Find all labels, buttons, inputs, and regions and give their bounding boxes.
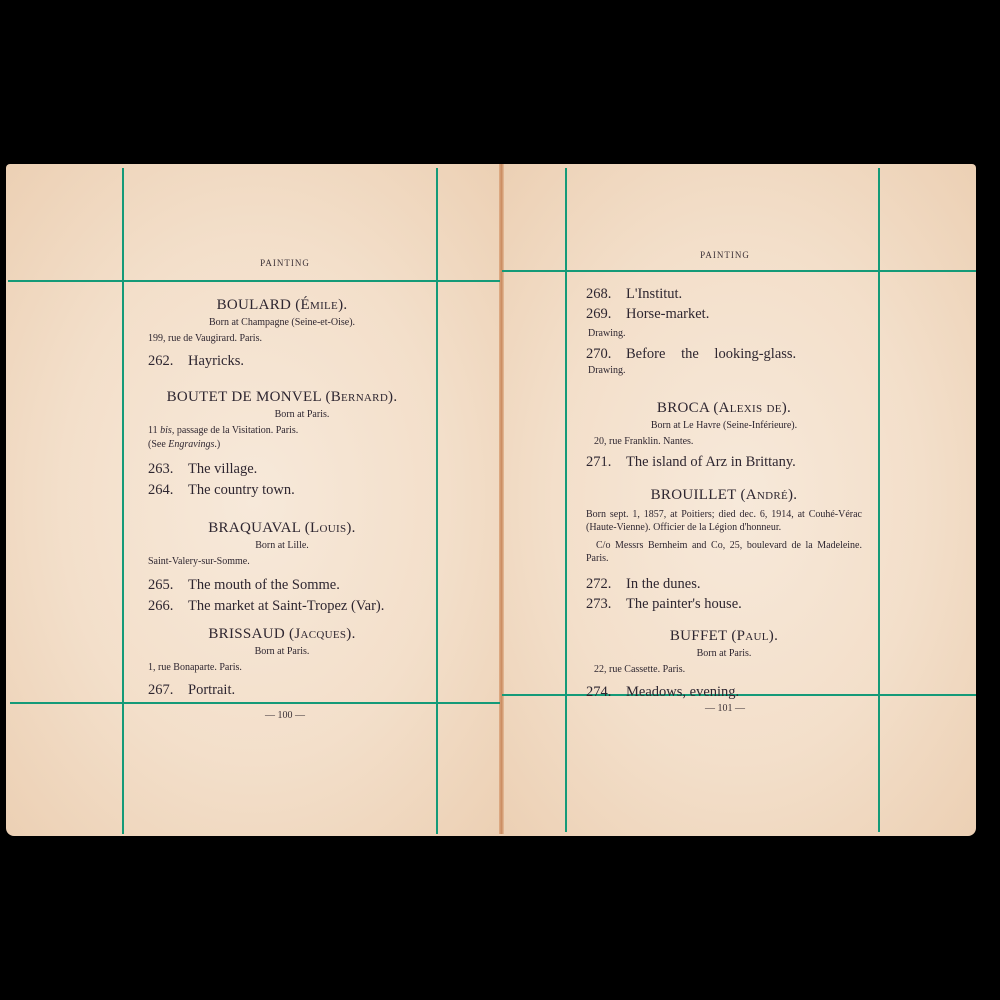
catalogue-item: 272.In the dunes. (586, 576, 862, 593)
catalogue-item: 267.Portrait. (148, 682, 416, 699)
medium-note: Drawing. (586, 365, 862, 377)
birth-info: Born at Paris. (586, 648, 862, 660)
guide-line-right-top (502, 270, 976, 272)
artist-heading: BRISSAUD (Jacques). (148, 625, 416, 643)
catalogue-item: 273.The painter's house. (586, 596, 862, 613)
birth-info: Born at Le Havre (Seine-Inférieure). (586, 420, 862, 432)
birth-info: Born at Lille. (148, 540, 416, 552)
artist-heading: BUFFET (Paul). (586, 627, 862, 645)
catalogue-item: 271.The island of Arz in Brittany. (586, 454, 862, 471)
artist-heading: BOULARD (Émile). (148, 296, 416, 314)
catalogue-item: 268.L'Institut. (586, 286, 862, 303)
artist-entry: BROCA (Alexis de). Born at Le Havre (Sei… (586, 399, 862, 471)
guide-line-right-outer (878, 168, 880, 832)
address: 22, rue Cassette. Paris. (586, 664, 862, 676)
medium-note: Drawing. (586, 328, 862, 340)
artist-heading: BROUILLET (André). (586, 486, 862, 504)
address: 1, rue Bonaparte. Paris. (148, 662, 416, 674)
catalogue-item: 264.The country town. (148, 482, 416, 499)
catalogue-item: 262.Hayricks. (148, 353, 416, 370)
page-number-left: — 100 — (130, 710, 440, 721)
address: C/o Messrs Bernheim and Co, 25, boulevar… (586, 539, 862, 566)
guide-line-left-outer (122, 168, 124, 834)
running-head-right: PAINTING (570, 250, 880, 260)
right-page-column: 268.L'Institut. 269.Horse-market. Drawin… (586, 283, 862, 702)
catalogue-item: 270.Before the looking-glass. (586, 346, 862, 363)
catalogue-item: 269.Horse-market. (586, 306, 862, 323)
left-page-column: BOULARD (Émile). Born at Champagne (Sein… (148, 286, 416, 699)
artist-entry: BROUILLET (André). Born sept. 1, 1857, a… (586, 486, 862, 614)
guide-line-right-inner (565, 168, 567, 832)
birth-info: Born at Paris. (148, 409, 416, 421)
catalogue-item: 263.The village. (148, 461, 416, 478)
birth-info: Born at Champagne (Seine-et-Oise). (148, 317, 416, 329)
artist-entry: BRAQUAVAL (Louis). Born at Lille. Saint-… (148, 519, 416, 615)
artist-entry: BUFFET (Paul). Born at Paris. 22, rue Ca… (586, 627, 862, 701)
catalogue-item: 266.The market at Saint-Tropez (Var). (148, 598, 416, 615)
artist-heading: BROCA (Alexis de). (586, 399, 862, 417)
guide-line-left-top (8, 280, 500, 282)
biography: Born sept. 1, 1857, at Poitiers; died de… (586, 508, 862, 535)
cross-reference: (See Engravings.) (148, 439, 416, 451)
book-gutter (499, 164, 504, 834)
guide-line-left-bottom (10, 702, 500, 704)
page-number-right: — 101 — (570, 703, 880, 714)
artist-heading: BRAQUAVAL (Louis). (148, 519, 416, 537)
address: 20, rue Franklin. Nantes. (586, 436, 862, 448)
address: 199, rue de Vaugirard. Paris. (148, 333, 416, 345)
catalogue-item: 265.The mouth of the Somme. (148, 577, 416, 594)
catalogue-item: 274.Meadows, evening. (586, 684, 862, 701)
artist-entry: BOULARD (Émile). Born at Champagne (Sein… (148, 296, 416, 370)
artist-heading: BOUTET DE MONVEL (Bernard). (148, 388, 416, 406)
artist-entry: BRISSAUD (Jacques). Born at Paris. 1, ru… (148, 625, 416, 699)
address: Saint-Valery-sur-Somme. (148, 556, 416, 568)
birth-info: Born at Paris. (148, 646, 416, 658)
address: 11 bis, passage de la Visitation. Paris. (148, 425, 416, 437)
artist-entry: BOUTET DE MONVEL (Bernard). Born at Pari… (148, 388, 416, 499)
running-head-left: PAINTING (130, 258, 440, 268)
